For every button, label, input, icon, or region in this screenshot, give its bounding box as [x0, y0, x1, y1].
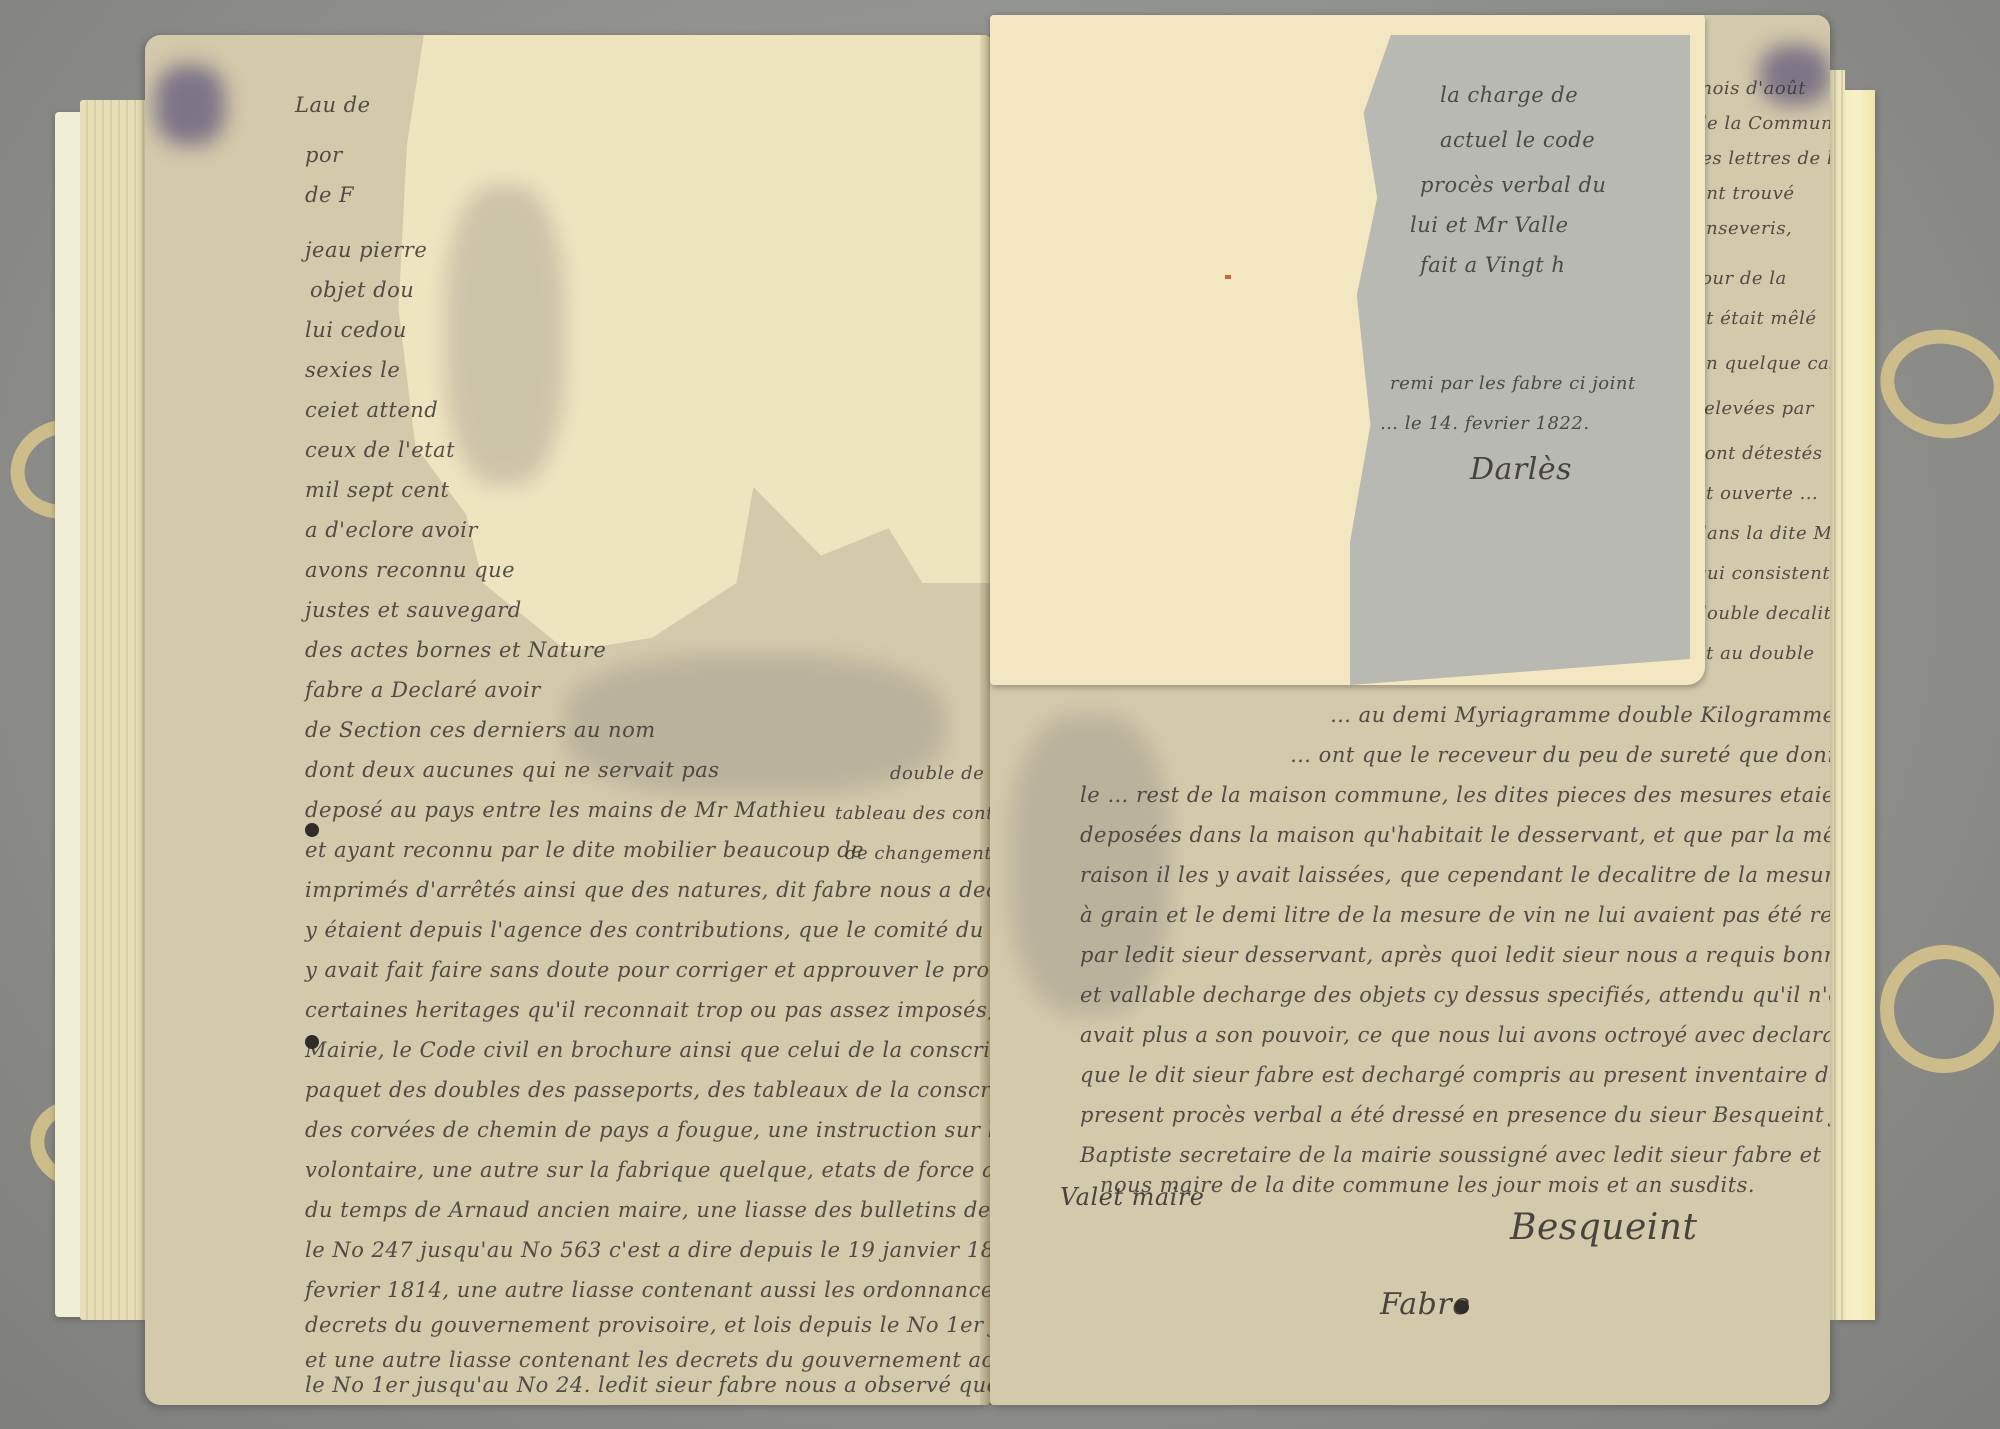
- handwriting-line: en quelque cas: [1695, 355, 1830, 373]
- handwriting-line: le No 247 jusqu'au No 563 c'est a dire d…: [305, 1240, 990, 1261]
- ink-blot: [305, 823, 319, 837]
- water-stain: [445, 185, 565, 485]
- tipped-in-repair-sheet: la charge de actuel le code procès verba…: [990, 15, 1705, 685]
- ink-stain: [155, 65, 225, 145]
- handwriting-line: objet dou: [310, 280, 414, 301]
- handwriting-line: paquet des doubles des passeports, des t…: [305, 1080, 990, 1101]
- handwriting-line: justes et sauvegard: [305, 600, 522, 621]
- handwriting-line: à grain et le demi litre de la mesure de…: [1080, 905, 1830, 926]
- ink-blot: [1455, 1300, 1469, 1314]
- handwriting-line: fevrier 1814, une autre liasse contenant…: [305, 1280, 990, 1301]
- handwriting-line: qui consistent: [1695, 565, 1830, 583]
- handwriting-line: avait plus a son pouvoir, ce que nous lu…: [1080, 1025, 1830, 1046]
- handwriting-line: deposées dans la maison qu'habitait le d…: [1080, 825, 1830, 846]
- handwriting-line: et ayant reconnu par le dite mobilier be…: [305, 840, 864, 861]
- handwriting-line: et vallable decharge des objets cy dessu…: [1080, 985, 1830, 1006]
- handwriting-line: … le 14. fevrier 1822.: [1380, 415, 1590, 433]
- handwriting-line: double de: [890, 765, 984, 783]
- handwriting-line: procès verbal du: [1420, 175, 1606, 196]
- handwriting-line: jeau pierre: [305, 240, 427, 261]
- handwriting-line: tableau des contributions: [835, 805, 990, 823]
- handwriting-line: double decalitre: [1695, 605, 1830, 623]
- handwriting-line: et ouverte ...: [1695, 485, 1818, 503]
- handwriting-line: volontaire, une autre sur la fabrique qu…: [305, 1160, 990, 1181]
- handwriting-line: dont deux aucunes qui ne servait pas: [305, 760, 720, 781]
- handwriting-line: remi par les fabre ci joint: [1390, 375, 1636, 393]
- handwriting-line: le No 1er jusqu'au No 24. ledit sieur fa…: [305, 1375, 990, 1396]
- handwriting-line: jour de la: [1695, 270, 1787, 288]
- handwriting-line: de F: [305, 185, 354, 206]
- handwriting-line: a d'eclore avoir: [305, 520, 478, 541]
- handwriting-line: decrets du gouvernement provisoire, et l…: [305, 1315, 990, 1336]
- handwriting-line: enseveris,: [1695, 220, 1792, 238]
- handwriting-line: y étaient depuis l'agence des contributi…: [305, 920, 990, 941]
- handwriting-line: ceux de l'etat: [305, 440, 455, 461]
- left-page: Lau de por de F jeau pierre objet dou lu…: [145, 35, 990, 1405]
- handwriting-line: et au double: [1695, 645, 1815, 663]
- handwriting-line: deposé au pays entre les mains de Mr Mat…: [305, 800, 827, 821]
- handwriting-line: la charge de: [1440, 85, 1578, 106]
- handwriting-line: imprimés d'arrêtés ainsi que des natures…: [305, 880, 990, 901]
- handwriting-line: lui et Mr Valle: [1410, 215, 1569, 236]
- handwriting-line: lui cedou: [305, 320, 407, 341]
- handwriting-line: present procès verbal a été dressé en pr…: [1080, 1105, 1830, 1126]
- handwriting-line: fabre a Declaré avoir: [305, 680, 541, 701]
- handwriting-line: le … rest de la maison commune, les dite…: [1080, 785, 1830, 806]
- signature-darles: Darlès: [1470, 455, 1572, 485]
- handwriting-line: … ont que le receveur du peu de sureté q…: [1290, 745, 1830, 766]
- handwriting-line: ceiet attend: [305, 400, 438, 421]
- handwriting-line: des actes bornes et Nature: [305, 640, 606, 661]
- handwriting-line: Mairie, le Code civil en brochure ainsi …: [305, 1040, 990, 1061]
- handwriting-line: por: [305, 145, 343, 166]
- handwriting-line: par ledit sieur desservant, après quoi l…: [1080, 945, 1830, 966]
- handwriting-line: fait a Vingt h: [1420, 255, 1565, 276]
- handwriting-line: certaines heritages qu'il reconnait trop…: [305, 1000, 990, 1021]
- handwriting-line: Lau de: [295, 95, 371, 116]
- handwriting-line: du temps de Arnaud ancien maire, une lia…: [305, 1200, 990, 1221]
- handwriting-line: dans la dite Mairie: [1695, 525, 1830, 543]
- handwriting-line: mois d'août: [1695, 80, 1806, 98]
- handwriting-line: de la Commune: [1695, 115, 1830, 133]
- handwriting-line: et une autre liasse contenant les decret…: [305, 1350, 990, 1371]
- blue-gray-document-fragment: la charge de actuel le code procès verba…: [1350, 35, 1690, 685]
- handwriting-line: les lettres de la: [1695, 150, 1830, 168]
- handwriting-line: de changements: [845, 845, 990, 863]
- handwriting-line: avons reconnu que: [305, 560, 515, 581]
- handwriting-line: ont trouvé: [1695, 185, 1794, 203]
- handwriting-line: de Section ces derniers au nom: [305, 720, 656, 741]
- handwriting-line: actuel le code: [1440, 130, 1595, 151]
- signature-valet: Valet maire: [1060, 1185, 1205, 1209]
- handwriting-line: Baptiste secretaire de la mairie soussig…: [1080, 1145, 1821, 1166]
- handwriting-line: et était mêlé: [1695, 310, 1817, 328]
- ink-blot: [305, 1035, 319, 1049]
- handwriting-line: des corvées de chemin de pays a fougue, …: [305, 1120, 990, 1141]
- signature-besqueint: Besqueint: [1510, 1210, 1697, 1246]
- handwriting-line: raison il les y avait laissées, que cepe…: [1080, 865, 1830, 886]
- handwriting-line: sexies le: [305, 360, 400, 381]
- handwriting-line: mil sept cent: [305, 480, 449, 501]
- red-mark: [1225, 275, 1231, 279]
- handwriting-line: relevées par: [1695, 400, 1814, 418]
- handwriting-line: que le dit sieur fabre est dechargé comp…: [1080, 1065, 1830, 1086]
- handwriting-line: y avait fait faire sans doute pour corri…: [305, 960, 990, 981]
- handwriting-line: sont détestés: [1695, 445, 1823, 463]
- handwriting-line: … au demi Myriagramme double Kilogramme: [1330, 705, 1830, 726]
